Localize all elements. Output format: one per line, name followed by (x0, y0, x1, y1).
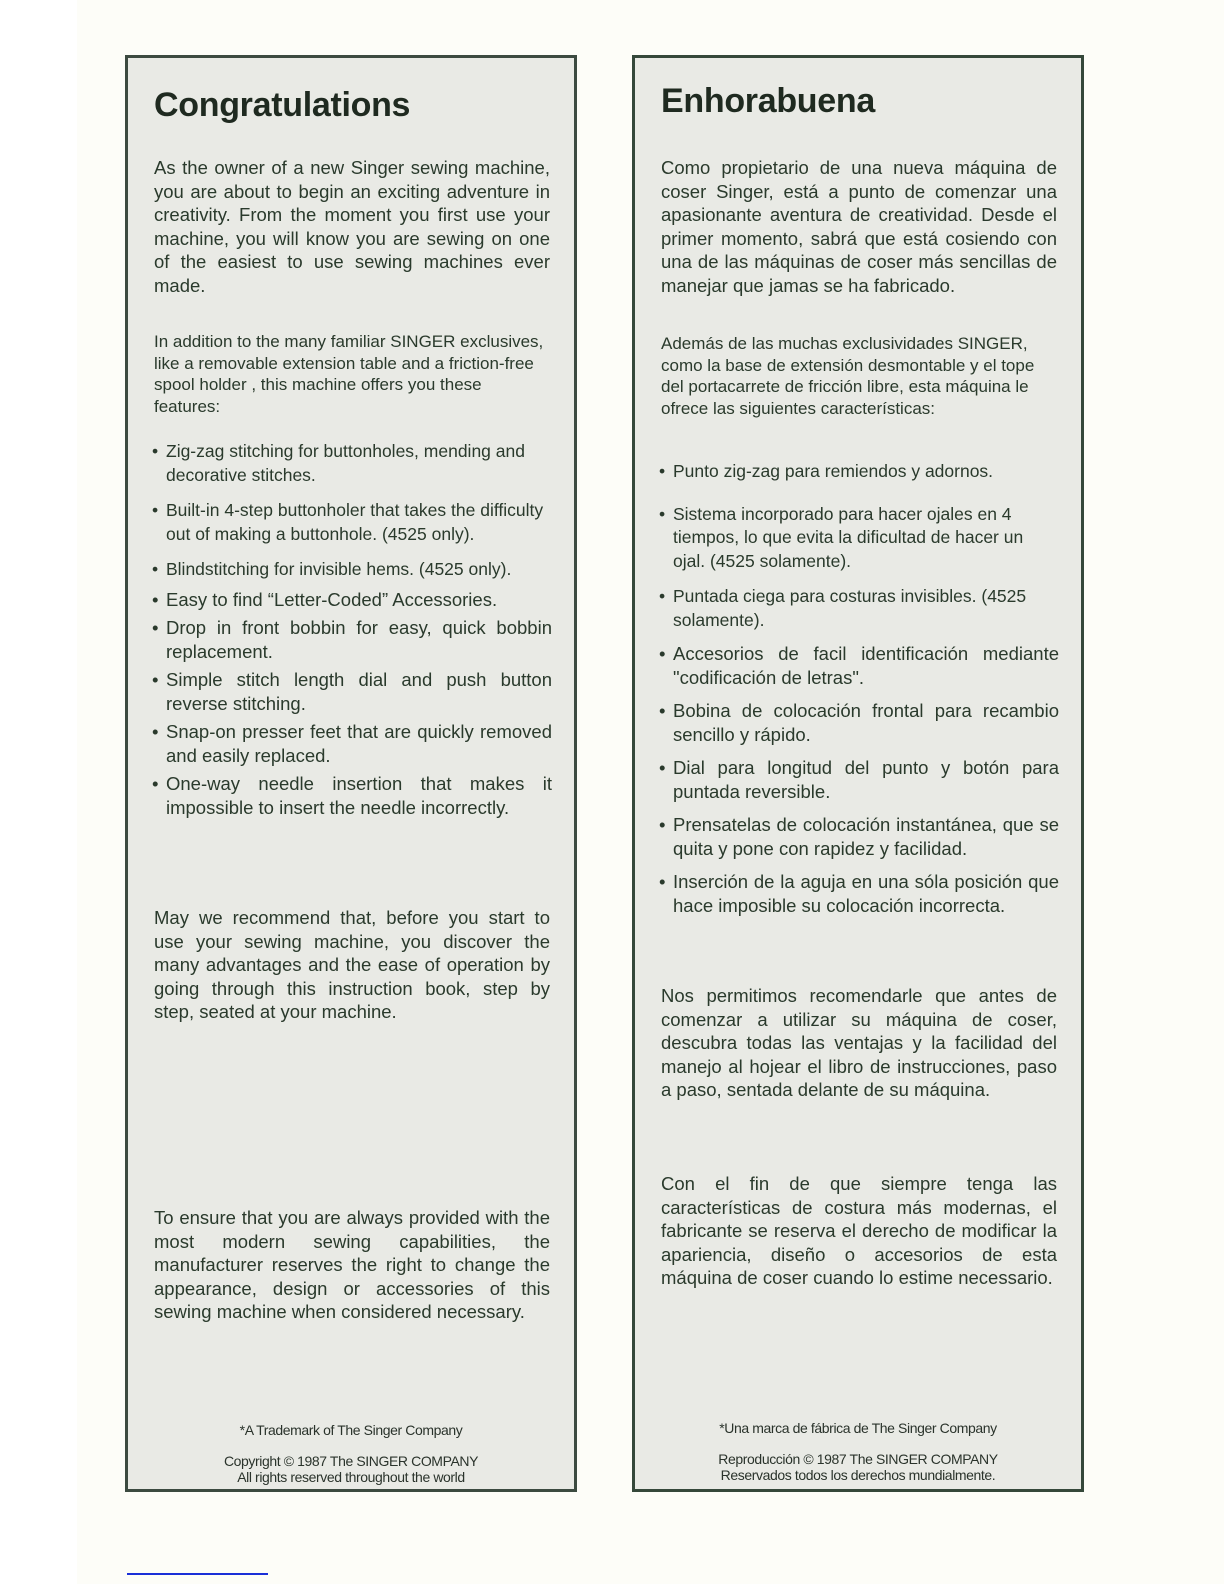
spanish-feature-list: •Punto zig-zag para remiendos y adornos.… (657, 460, 1059, 917)
feature-item: •Bobina de colocación frontal para recam… (657, 699, 1059, 746)
spanish-title: Enhorabuena (661, 82, 875, 121)
feature-item: •Zig-zag stitching for buttonholes, mend… (150, 440, 552, 487)
feature-item: •Accesorios de facil identificación medi… (657, 642, 1059, 689)
bullet-icon: • (659, 642, 665, 666)
bullet-icon: • (659, 503, 665, 527)
english-trademark-note: *A Trademark of The Singer Company (128, 1422, 574, 1438)
spanish-rights: Reservados todos los derechos mundialmen… (635, 1467, 1081, 1483)
bullet-icon: • (659, 585, 665, 609)
feature-item: •Inserción de la aguja en una sóla posic… (657, 870, 1059, 917)
english-title: Congratulations (154, 86, 410, 125)
bullet-icon: • (152, 499, 158, 523)
bullet-icon: • (659, 756, 665, 780)
feature-item: •One-way needle insertion that makes it … (150, 772, 552, 819)
english-recommendation: May we recommend that, before you start … (154, 906, 550, 1024)
bullet-icon: • (152, 616, 158, 640)
bullet-icon: • (659, 813, 665, 837)
bullet-icon: • (152, 588, 158, 612)
bullet-icon: • (152, 440, 158, 464)
feature-item: •Snap-on presser feet that are quickly r… (150, 720, 552, 767)
english-rights: All rights reserved throughout the world (128, 1469, 574, 1485)
spanish-intro: Como propietario de una nueva máquina de… (661, 156, 1057, 297)
english-disclaimer: To ensure that you are always provided w… (154, 1206, 550, 1324)
bullet-icon: • (152, 668, 158, 692)
bullet-icon: • (152, 720, 158, 744)
bullet-icon: • (152, 558, 158, 582)
spanish-recommendation: Nos permitimos recomendarle que antes de… (661, 984, 1057, 1102)
feature-item: •Prensatelas de colocación instantánea, … (657, 813, 1059, 860)
feature-item: •Puntada ciega para costuras invisibles.… (657, 585, 1059, 632)
feature-item: •Blindstitching for invisible hems. (452… (150, 558, 552, 582)
english-intro: As the owner of a new Singer sewing mach… (154, 156, 550, 297)
english-feature-list: •Zig-zag stitching for buttonholes, mend… (150, 440, 552, 819)
spanish-copyright: Reproducción © 1987 The SINGER COMPANY (635, 1451, 1081, 1467)
feature-item: •Dial para longitud del punto y botón pa… (657, 756, 1059, 803)
spanish-exclusives: Además de las muchas exclusividades SING… (661, 333, 1057, 419)
bullet-icon: • (659, 870, 665, 894)
feature-item: •Punto zig-zag para remiendos y adornos. (657, 460, 1059, 484)
spanish-trademark-note: *Una marca de fábrica de The Singer Comp… (635, 1420, 1081, 1436)
feature-item: •Drop in front bobbin for easy, quick bo… (150, 616, 552, 663)
feature-item: •Easy to find “Letter-Coded” Accessories… (150, 588, 552, 612)
feature-item: •Simple stitch length dial and push butt… (150, 668, 552, 715)
spanish-disclaimer: Con el fin de que siempre tenga las cara… (661, 1172, 1057, 1290)
english-copyright: Copyright © 1987 The SINGER COMPANY (128, 1453, 574, 1469)
feature-item: •Sistema incorporado para hacer ojales e… (657, 503, 1059, 574)
feature-item: •Built-in 4-step buttonholer that takes … (150, 499, 552, 546)
english-exclusives: In addition to the many familiar SINGER … (154, 331, 550, 417)
bullet-icon: • (659, 460, 665, 484)
english-panel: Congratulations As the owner of a new Si… (125, 55, 577, 1492)
spanish-panel: Enhorabuena Como propietario de una nuev… (632, 55, 1084, 1492)
bullet-icon: • (659, 699, 665, 723)
bullet-icon: • (152, 772, 158, 796)
link-underline[interactable] (127, 1573, 268, 1575)
